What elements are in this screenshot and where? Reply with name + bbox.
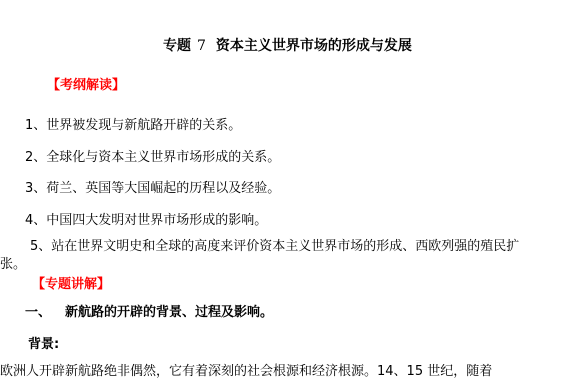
document-title: 专题7资本主义世界市场的形成与发展 bbox=[163, 38, 412, 54]
outline-item-2: 2、全球化与资本主义世界市场形成的关系。 bbox=[25, 150, 280, 166]
title-number: 7 bbox=[197, 38, 206, 54]
section-1-heading: 一、新航路的开辟的背景、过程及影响。 bbox=[25, 305, 273, 321]
title-prefix: 专题 bbox=[163, 38, 191, 54]
outline-item-5-continuation: 张。 bbox=[0, 257, 26, 273]
background-heading: 背景: bbox=[28, 337, 59, 353]
outline-item-3: 3、荷兰、英国等大国崛起的历程以及经验。 bbox=[25, 181, 280, 197]
lecture-heading: 【专题讲解】 bbox=[32, 277, 110, 293]
section-1-text: 新航路的开辟的背景、过程及影响。 bbox=[65, 305, 273, 320]
outline-heading: 【考纲解读】 bbox=[47, 78, 125, 94]
outline-item-5: 5、站在世界文明史和全球的高度来评价资本主义世界市场的形成、西欧列强的殖民扩 bbox=[30, 239, 519, 255]
background-paragraph: 欧洲人开辟新航路绝非偶然，它有着深刻的社会根源和经济根源。14、15 世纪，随着 bbox=[0, 364, 492, 380]
title-text: 资本主义世界市场的形成与发展 bbox=[216, 38, 412, 54]
section-1-marker: 一、 bbox=[25, 305, 51, 320]
outline-item-1: 1、世界被发现与新航路开辟的关系。 bbox=[25, 118, 241, 134]
outline-item-4: 4、中国四大发明对世界市场形成的影响。 bbox=[25, 213, 267, 229]
